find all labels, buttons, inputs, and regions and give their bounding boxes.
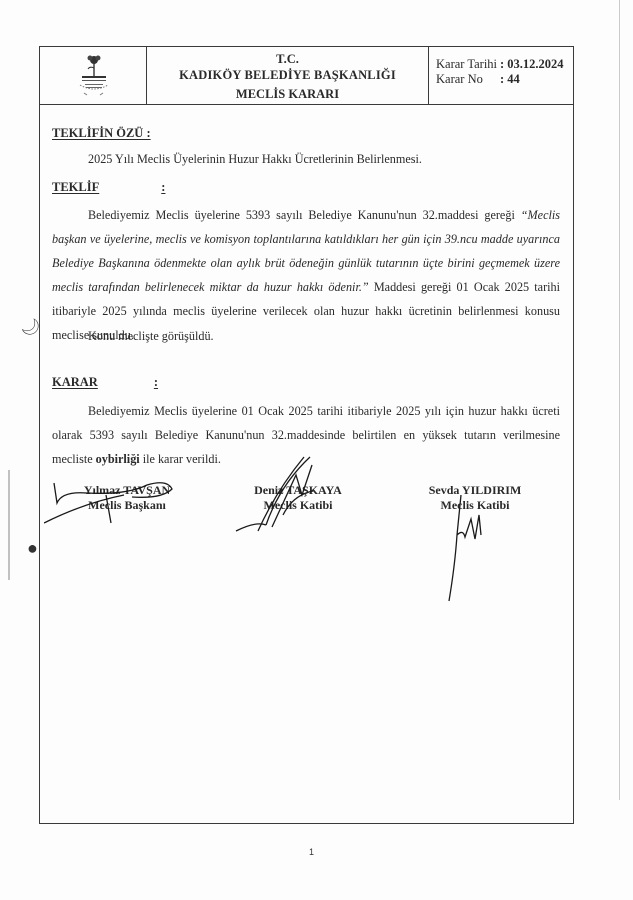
page-number: 1	[309, 847, 314, 857]
signer-name: Yılmaz TAVŞAN	[62, 483, 192, 498]
decision-number-row: Karar No : 44	[436, 72, 573, 87]
proposal-text-intro: Belediyemiz Meclis üyelerine 5393 sayılı…	[88, 208, 521, 222]
decision-heading-label: KARAR	[52, 375, 98, 389]
decision-paragraph: Belediyemiz Meclis üyelerine 01 Ocak 202…	[52, 399, 560, 471]
decision-number-label: Karar No	[436, 72, 500, 87]
signer-title: Meclis Başkanı	[62, 498, 192, 513]
header-title: T.C. KADIKÖY BELEDİYE BAŞKANLIĞI MECLİS …	[147, 47, 429, 104]
document-type: MECLİS KARARI	[147, 86, 428, 102]
signer-name: Sevda YILDIRIM	[415, 483, 535, 498]
decision-heading-colon: :	[154, 375, 158, 389]
decision-number-value: : 44	[500, 72, 520, 87]
decision-frame: T.C. KADIKÖY BELEDİYE BAŞKANLIĞI MECLİS …	[39, 46, 574, 824]
margin-mark: 🌙︎	[20, 317, 40, 337]
municipality-emblem-icon	[76, 53, 112, 99]
document-header: T.C. KADIKÖY BELEDİYE BAŞKANLIĞI MECLİS …	[40, 47, 573, 105]
proposal-discussed: Konu meclişte görüşüldü.	[52, 324, 560, 348]
decision-date-label: Karar Tarihi	[436, 57, 500, 72]
signer-title: Meclis Katibi	[415, 498, 535, 513]
punch-hole-mark: ●	[27, 538, 38, 559]
document-page: 🌙︎ ● T.C. KA	[0, 0, 633, 900]
proposal-heading-colon: :	[161, 180, 165, 194]
logo-cell	[40, 47, 147, 104]
scan-artifact-left	[8, 470, 10, 580]
signature-block-clerk-1: Deniz TAŞKAYA Meclis Katibi	[228, 483, 368, 513]
header-line-tc: T.C.	[147, 51, 428, 67]
signature-block-clerk-2: Sevda YILDIRIM Meclis Katibi	[415, 483, 535, 513]
signer-name: Deniz TAŞKAYA	[228, 483, 368, 498]
signer-title: Meclis Katibi	[228, 498, 368, 513]
decision-date-value: : 03.12.2024	[500, 57, 564, 72]
proposal-heading: TEKLİF:	[52, 180, 165, 195]
municipality-name: KADIKÖY BELEDİYE BAŞKANLIĞI	[147, 67, 428, 83]
proposal-summary-heading: TEKLİFİN ÖZÜ :	[52, 126, 151, 141]
unanimous-text: oybirliği	[96, 452, 140, 466]
proposal-summary-text: 2025 Yılı Meclis Üyelerinin Huzur Hakkı …	[52, 147, 560, 171]
proposal-heading-label: TEKLİF	[52, 180, 99, 194]
decision-date-row: Karar Tarihi : 03.12.2024	[436, 57, 573, 72]
scan-artifact-right	[619, 0, 620, 800]
decision-meta: Karar Tarihi : 03.12.2024 Karar No : 44	[429, 47, 573, 104]
decision-text-end: ile karar verildi.	[140, 452, 221, 466]
decision-heading: KARAR:	[52, 375, 158, 390]
signature-block-chair: Yılmaz TAVŞAN Meclis Başkanı	[62, 483, 192, 513]
